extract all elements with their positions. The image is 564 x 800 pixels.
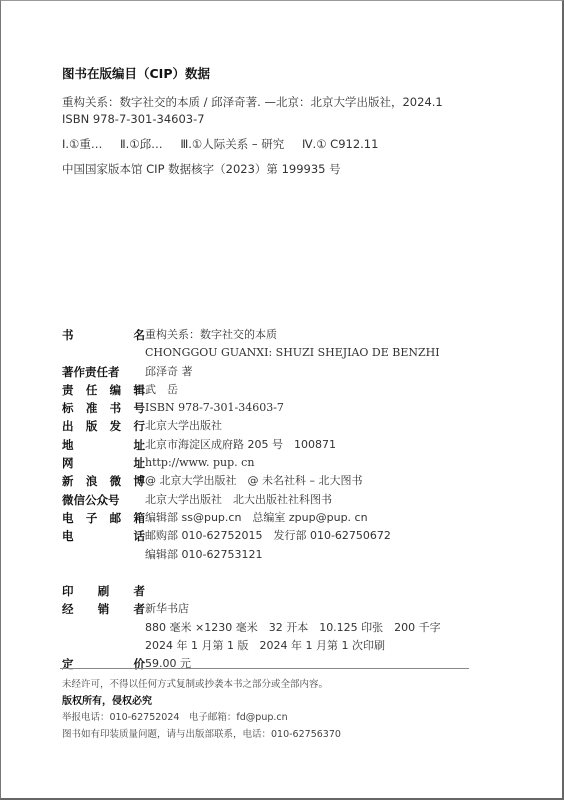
info-value: 59.00 元: [145, 655, 191, 673]
info-label-char: 号: [133, 399, 145, 417]
copyright-statement: 版权所有，侵权必究: [62, 694, 482, 711]
info-row: 地址北京市海淀区成府路 205 号 100871: [62, 436, 482, 454]
info-label-char: 地: [62, 436, 74, 454]
info-label-char: 书: [62, 326, 74, 344]
info-label: [62, 344, 145, 362]
info-label-char: 辑: [133, 381, 145, 399]
info-value: 北京大学出版社 北大出版社社科图书: [145, 491, 332, 509]
info-value: 880 毫米 ×1230 毫米 32 开本 10.125 印张 200 千字: [145, 619, 441, 637]
info-row: 书名重构关系：数字社交的本质: [62, 326, 482, 344]
info-label-char: 邮: [110, 509, 122, 527]
cip-class-4: Ⅳ.① C912.11: [302, 137, 379, 151]
info-value: 编辑部 010-62753121: [145, 546, 262, 564]
info-row: 标准书号ISBN 978-7-301-34603-7: [62, 399, 482, 417]
info-value: @ 北京大学出版社 @ 未名社科 – 北大图书: [145, 472, 363, 490]
info-label-char: 行: [133, 417, 145, 435]
info-label-char: 箱: [133, 509, 145, 527]
info-label-char: 书: [110, 399, 122, 417]
info-row: 编辑部 010-62753121: [62, 546, 482, 564]
info-label: 微信公众号: [62, 491, 145, 509]
info-row: 微信公众号北京大学出版社 北大出版社社科图书: [62, 491, 482, 509]
info-label: 定价: [62, 655, 145, 673]
info-label: 新浪微博: [62, 472, 145, 490]
info-label-char: 电: [62, 527, 74, 545]
info-label-char: 出: [62, 417, 74, 435]
info-row: 责任编辑武 岳: [62, 381, 482, 399]
info-value: 北京大学出版社: [145, 417, 222, 435]
info-label-char: 经: [62, 600, 74, 618]
info-label: [62, 546, 145, 564]
cip-classification: Ⅰ.①重… Ⅱ.①邱… Ⅲ.①人际关系 – 研究 Ⅳ.① C912.11: [62, 136, 482, 153]
info-row: 新浪微博@ 北京大学出版社 @ 未名社科 – 北大图书: [62, 472, 482, 490]
info-label-char: 浪: [86, 472, 98, 490]
info-label: 印刷者: [62, 582, 145, 600]
info-label-char: 印: [62, 582, 74, 600]
divider: [60, 668, 469, 669]
info-label: 出版发行: [62, 417, 145, 435]
cip-title: 图书在版编目（CIP）数据: [62, 64, 482, 84]
info-label: [62, 619, 145, 637]
info-label-char: 新: [62, 472, 74, 490]
info-row: 定价59.00 元: [62, 655, 482, 673]
info-label-char: 博: [133, 472, 145, 490]
info-row: CHONGGOU GUANXI: SHUZI SHEJIAO DE BENZHI: [62, 344, 482, 362]
info-value: 新华书店: [145, 600, 189, 618]
info-label-char: 准: [86, 399, 98, 417]
publication-info-table: 书名重构关系：数字社交的本质CHONGGOU GUANXI: SHUZI SHE…: [62, 326, 482, 674]
info-label-char: 销: [98, 600, 110, 618]
info-label-char: 刷: [98, 582, 110, 600]
info-label-char: 定: [62, 655, 74, 673]
info-label-char: 话: [134, 527, 146, 545]
reproduction-notice: 未经许可，不得以任何方式复制或抄袭本书之部分或全部内容。: [62, 677, 482, 694]
cip-class-3: Ⅲ.①人际关系 – 研究: [180, 137, 284, 151]
info-label-char: 著作责任者: [62, 363, 120, 381]
info-label-char: 网: [62, 454, 74, 472]
copyright-footer: 未经许可，不得以任何方式复制或抄袭本书之部分或全部内容。 版权所有，侵权必究 举…: [62, 677, 482, 743]
info-row: 电子邮箱编辑部 ss@pup.cn 总编室 zpup@pup. cn: [62, 509, 482, 527]
info-label-char: 微信公众号: [62, 491, 120, 509]
info-label-char: 址: [134, 436, 146, 454]
info-row: 880 毫米 ×1230 毫米 32 开本 10.125 印张 200 千字: [62, 619, 482, 637]
info-label-char: 编: [110, 381, 122, 399]
info-row: 出版发行北京大学出版社: [62, 417, 482, 435]
info-value: 编辑部 ss@pup.cn 总编室 zpup@pup. cn: [145, 509, 368, 527]
info-label: 电子邮箱: [62, 509, 145, 527]
cip-isbn: ISBN 978-7-301-34603-7: [62, 111, 482, 128]
info-value: CHONGGOU GUANXI: SHUZI SHEJIAO DE BENZHI: [145, 344, 440, 362]
info-label: 电话: [62, 527, 145, 545]
cip-catalog-block: 图书在版编目（CIP）数据 重构关系：数字社交的本质 / 邱泽奇著. —北京：北…: [62, 64, 482, 178]
info-label: 责任编辑: [62, 381, 145, 399]
info-value: ISBN 978-7-301-34603-7: [145, 399, 284, 417]
info-label-char: 者: [134, 600, 146, 618]
info-value: 北京市海淀区成府路 205 号 100871: [145, 436, 336, 454]
info-value: 2024 年 1 月第 1 版 2024 年 1 月第 1 次印刷: [145, 637, 385, 655]
info-label: [62, 637, 145, 655]
info-label: 地址: [62, 436, 145, 454]
info-label-char: 者: [134, 582, 146, 600]
info-label: 经销者: [62, 600, 145, 618]
info-row: 网址http://www. pup. cn: [62, 454, 482, 472]
info-label: 书名: [62, 326, 145, 344]
info-label-char: 发: [110, 417, 122, 435]
info-value: http://www. pup. cn: [145, 454, 254, 472]
info-label-char: 责: [62, 381, 74, 399]
info-label-char: 微: [110, 472, 122, 490]
info-label: 著作责任者: [62, 363, 145, 381]
quality-contact: 图书如有印装质量问题，请与出版部联系，电话：010-62756370: [62, 727, 482, 744]
cip-verification: 中国国家版本馆 CIP 数据核字（2023）第 199935 号: [62, 161, 482, 178]
info-label-char: 子: [86, 509, 98, 527]
info-label-char: 址: [134, 454, 146, 472]
info-label: 网址: [62, 454, 145, 472]
report-contact: 举报电话：010-62752024 电子邮箱：fd@pup.cn: [62, 710, 482, 727]
info-label-char: 价: [134, 655, 146, 673]
cip-entry: 重构关系：数字社交的本质 / 邱泽奇著. —北京：北京大学出版社，2024.1: [62, 94, 482, 111]
info-row: 经销者新华书店: [62, 600, 482, 618]
info-row: [62, 564, 482, 582]
info-value: 武 岳: [145, 381, 178, 399]
info-label-char: 版: [86, 417, 98, 435]
info-label: 标准书号: [62, 399, 145, 417]
info-label-char: 电: [62, 509, 74, 527]
info-label-char: 任: [86, 381, 98, 399]
info-label: [62, 564, 145, 582]
info-row: 著作责任者邱泽奇 著: [62, 363, 482, 381]
info-value: 重构关系：数字社交的本质: [145, 326, 277, 344]
cip-class-1: Ⅰ.①重…: [62, 137, 102, 151]
info-row: 电话邮购部 010-62752015 发行部 010-62750672: [62, 527, 482, 545]
info-row: 印刷者: [62, 582, 482, 600]
info-value: 邱泽奇 著: [145, 363, 193, 381]
info-row: 2024 年 1 月第 1 版 2024 年 1 月第 1 次印刷: [62, 637, 482, 655]
info-label-char: 标: [62, 399, 74, 417]
cip-class-2: Ⅱ.①邱…: [120, 137, 163, 151]
info-label-char: 名: [134, 326, 146, 344]
info-value: 邮购部 010-62752015 发行部 010-62750672: [145, 527, 391, 545]
